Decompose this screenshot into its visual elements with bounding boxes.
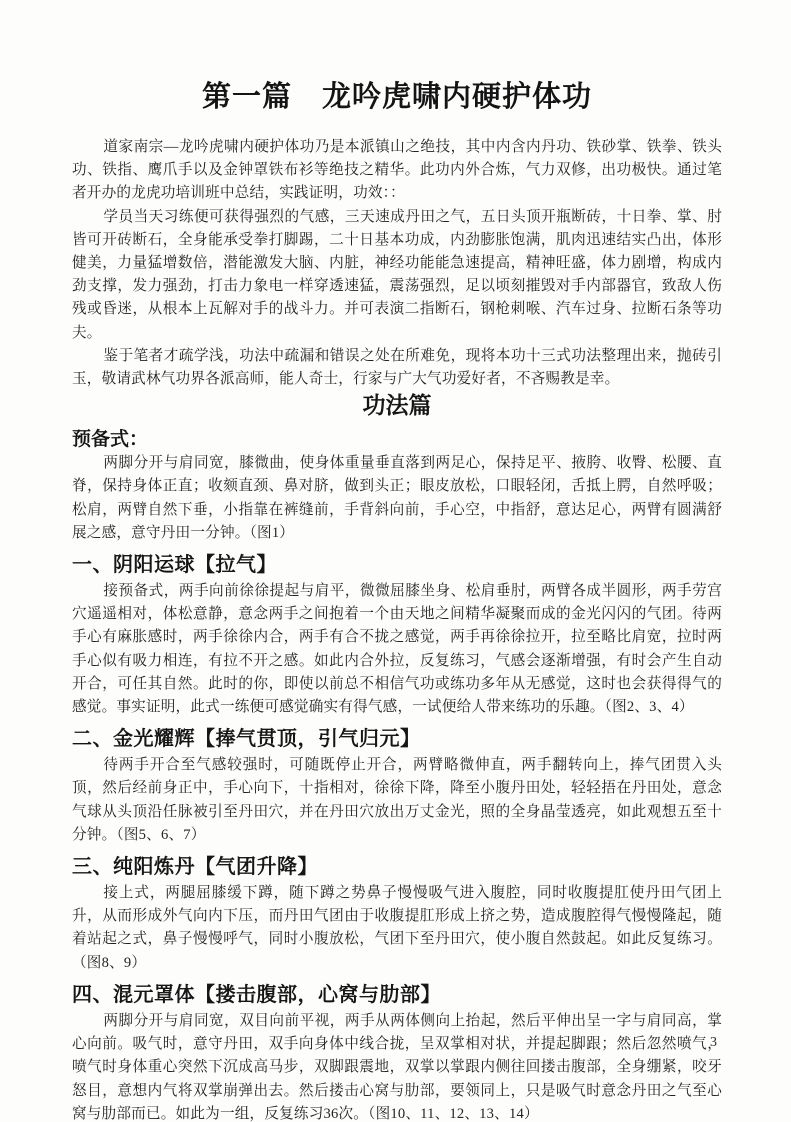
section-paragraph-2: 待两手开合至气感较强时，可随既停止开合，两臂略微伸直，两手翻转向上，捧气团贯入头… [72, 754, 722, 847]
section-heading-1: 一、阴阳运球【拉气】 [72, 551, 722, 577]
section-paragraph-1: 接预备式，两手向前徐徐提起与肩平，微微屈膝坐身、松肩垂肘，两臂各成半圆形，两手劳… [72, 580, 722, 719]
preparation-paragraph: 两脚分开与肩同宽，膝微曲，使身体重量垂直落到两足心，保持足平、掖胯、收臀、松腰、… [72, 452, 722, 545]
section-heading-4: 四、混元罩体【搂击腹部，心窝与肋部】 [72, 981, 722, 1007]
section-paragraph-3: 接上式，两腿屈膝缓下蹲，随下蹲之势鼻子慢慢吸气进入腹腔，同时收腹提肛使丹田气团上… [72, 882, 722, 975]
intro-paragraph-1: 道家南宗—龙吟虎啸内硬护体功乃是本派镇山之绝技，其中内含内丹功、铁砂掌、铁拳、铁… [72, 136, 722, 206]
chapter-heading-gongfa: 功法篇 [72, 391, 722, 421]
page-number: 3 [710, 1034, 717, 1052]
intro-paragraph-3: 鉴于笔者才疏学浅，功法中疏漏和错误之处在所难免，现将本功十三式功法整理出来，抛砖… [72, 345, 722, 391]
section-paragraph-4: 两脚分开与肩同宽，双目向前平视，两手从两体侧向上抬起，然后平伸出呈一字与肩同高，… [72, 1010, 722, 1122]
section-heading-2: 二、金光耀辉【捧气贯顶，引气归元】 [72, 725, 722, 751]
document-page: 第一篇 龙吟虎啸内硬护体功 道家南宗—龙吟虎啸内硬护体功乃是本派镇山之绝技，其中… [0, 0, 791, 1122]
preparation-heading: 预备式： [72, 427, 722, 452]
intro-paragraph-2: 学员当天习练便可获得强烈的气感，三天速成丹田之气，五日头顶开瓶断砖，十日拳、掌、… [72, 206, 722, 345]
section-heading-3: 三、纯阳炼丹【气团升降】 [72, 853, 722, 879]
page-title: 第一篇 龙吟虎啸内硬护体功 [72, 78, 722, 114]
